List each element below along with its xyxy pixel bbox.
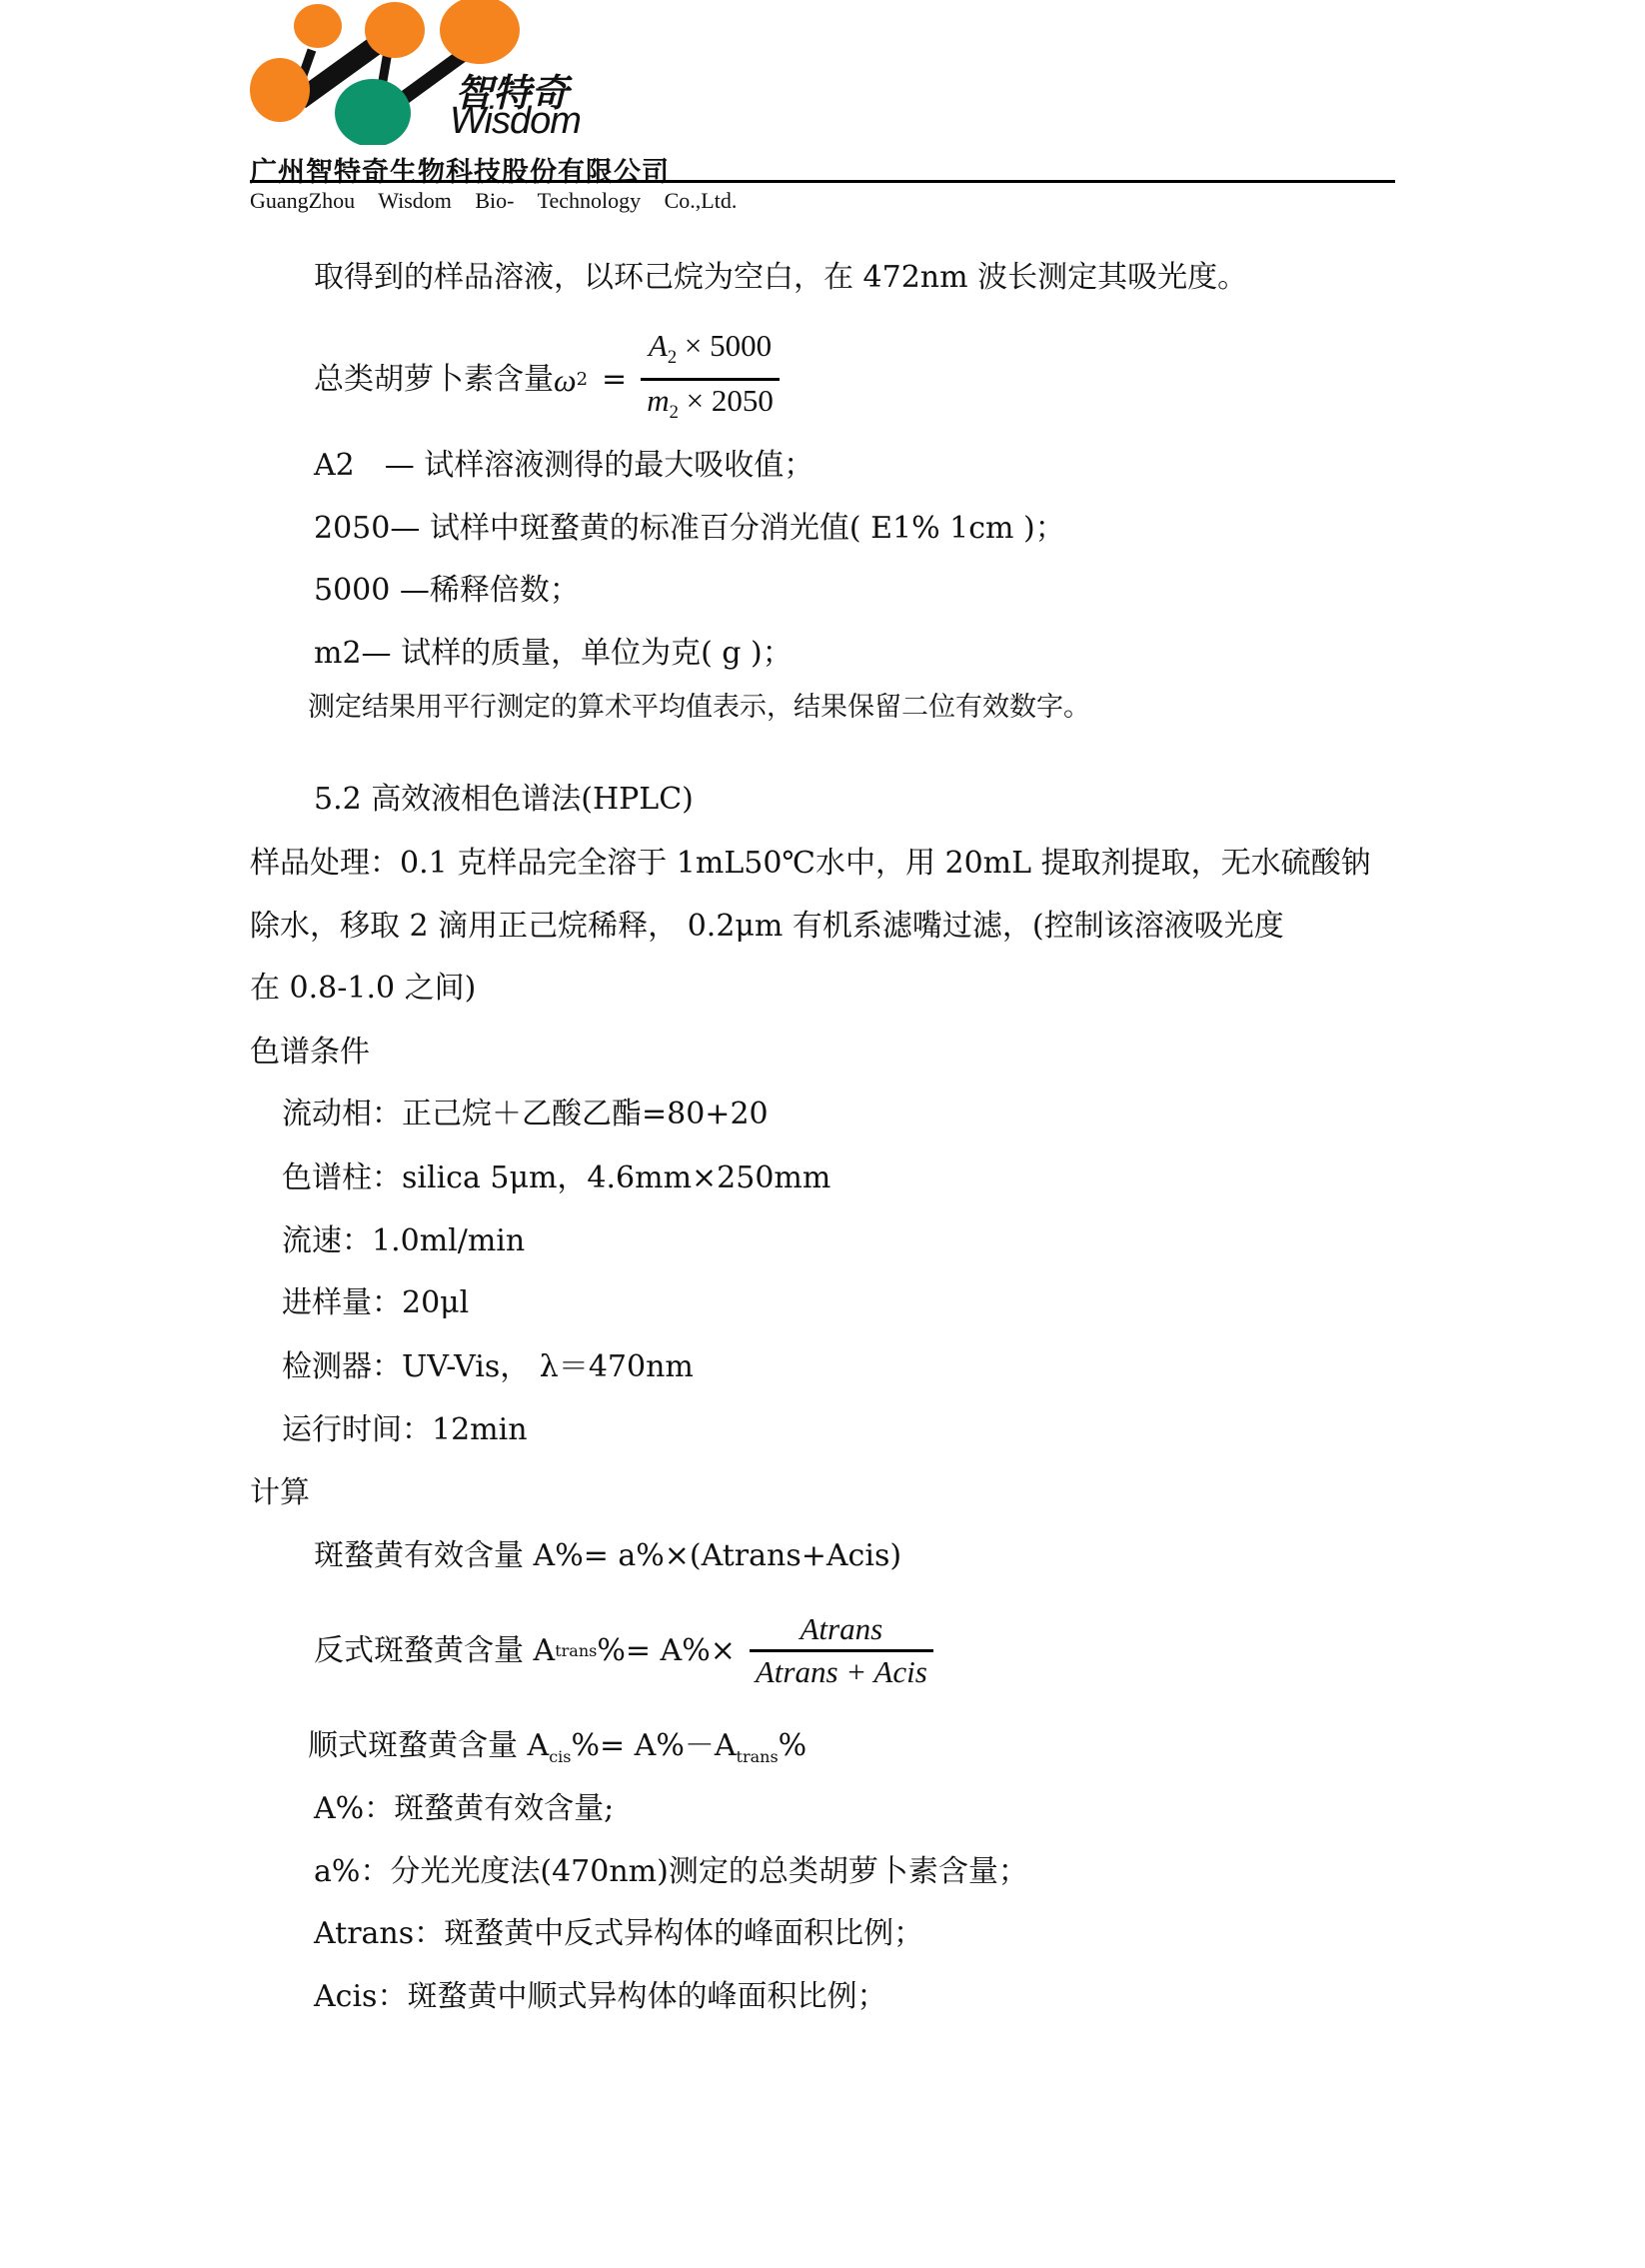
formula-eq: = xyxy=(602,360,627,400)
condition-run-time: 运行时间：12min xyxy=(282,1410,528,1450)
calc-cis-formula: 顺式斑蝥黄含量 Acis%= A%－Atrans% xyxy=(308,1726,807,1777)
sample-prep-line-2: 除水，移取 2 滴用正己烷稀释， 0.2μm 有机系滤嘴过滤，(控制该溶液吸光度 xyxy=(250,907,1284,947)
definition-m2: m2— 试样的质量，单位为克( g )； xyxy=(314,634,793,674)
calc-trans-formula: 反式斑蝥黄含量 Atrans%= A%× Atrans Atrans + Aci… xyxy=(314,1609,933,1692)
legend-acis: Acis：斑蝥黄中顺式异构体的峰面积比例； xyxy=(314,1977,886,2017)
conditions-heading: 色谱条件 xyxy=(250,1033,370,1073)
logo-en-text: Wisdom xyxy=(450,100,581,143)
trans-eq: %= A%× xyxy=(597,1631,736,1671)
formula-var: ω xyxy=(554,360,577,400)
trans-numerator: Atrans xyxy=(794,1609,888,1649)
legend-a-small-percent: a%：分光光度法(470nm)测定的总类胡萝卜素含量； xyxy=(314,1852,1028,1892)
formula-fraction: A2 × 5000 m2 × 2050 xyxy=(641,326,780,433)
num-a: A xyxy=(649,328,668,363)
formula-var-sub: 2 xyxy=(577,360,588,400)
calc-heading: 计算 xyxy=(250,1473,310,1513)
legend-atrans: Atrans：斑蝥黄中反式异构体的峰面积比例； xyxy=(314,1914,923,1954)
trans-sub: trans xyxy=(555,1631,597,1671)
company-name-cn: 广州智特奇生物科技股份有限公司 xyxy=(250,150,670,189)
condition-injection: 进样量：20μl xyxy=(282,1283,469,1323)
cis-eq: %= A%－A xyxy=(572,1728,737,1763)
num-rest: × 5000 xyxy=(685,328,772,363)
condition-mobile-phase: 流动相：正己烷＋乙酸乙酯=80+20 xyxy=(282,1095,769,1134)
hplc-title: 5.2 高效液相色谱法(HPLC) xyxy=(314,780,694,820)
trans-denominator: Atrans + Acis xyxy=(750,1652,933,1692)
uv-intro: 取得到的样品溶液，以环己烷为空白，在 472nm 波长测定其吸光度。 xyxy=(314,258,1247,298)
formula-label: 总类胡萝卜素含量 xyxy=(314,360,554,400)
result-note: 测定结果用平行测定的算术平均值表示，结果保留二位有效数字。 xyxy=(308,688,1090,728)
sample-prep-line-1: 样品处理：0.1 克样品完全溶于 1mL50℃水中，用 20mL 提取剂提取，无… xyxy=(250,844,1371,884)
legend-a-percent: A%：斑蝥黄有效含量; xyxy=(314,1789,614,1829)
definition-5000: 5000 —稀释倍数； xyxy=(314,571,580,611)
company-name-en: GuangZhou Wisdom Bio- Technology Co.,Ltd… xyxy=(250,188,737,214)
sample-prep-line-3: 在 0.8-1.0 之间) xyxy=(250,969,476,1009)
condition-column: 色谱柱：silica 5μm，4.6mm×250mm xyxy=(282,1158,830,1198)
trans-label: 反式斑蝥黄含量 A xyxy=(314,1631,555,1671)
total-carotenoid-formula: 总类胡萝卜素含量 ω2 = A2 × 5000 m2 × 2050 xyxy=(314,326,780,433)
condition-detector: 检测器：UV-Vis， λ＝470nm xyxy=(282,1347,694,1387)
trans-fraction: Atrans Atrans + Acis xyxy=(750,1609,933,1692)
cis-sub: cis xyxy=(549,1747,571,1766)
calc-total-formula: 斑蝥黄有效含量 A%= a%×(Atrans+Acis) xyxy=(314,1536,901,1576)
num-a-sub: 2 xyxy=(668,347,677,368)
cis-sub2: trans xyxy=(737,1747,779,1766)
den-rest: × 2050 xyxy=(687,383,774,418)
cis-end: % xyxy=(779,1728,808,1763)
company-logo: 智特奇 Wisdom xyxy=(250,0,630,145)
condition-flow-rate: 流速：1.0ml/min xyxy=(282,1221,525,1261)
den-m-sub: 2 xyxy=(670,402,679,423)
den-m: m xyxy=(647,383,669,418)
definition-a2: A2 — 试样溶液测得的最大吸收值； xyxy=(314,446,814,486)
definition-2050: 2050— 试样中斑蝥黄的标准百分消光值( E1% 1cm )； xyxy=(314,509,1065,549)
cis-label: 顺式斑蝥黄含量 A xyxy=(308,1728,549,1763)
header-rule xyxy=(250,180,1395,183)
